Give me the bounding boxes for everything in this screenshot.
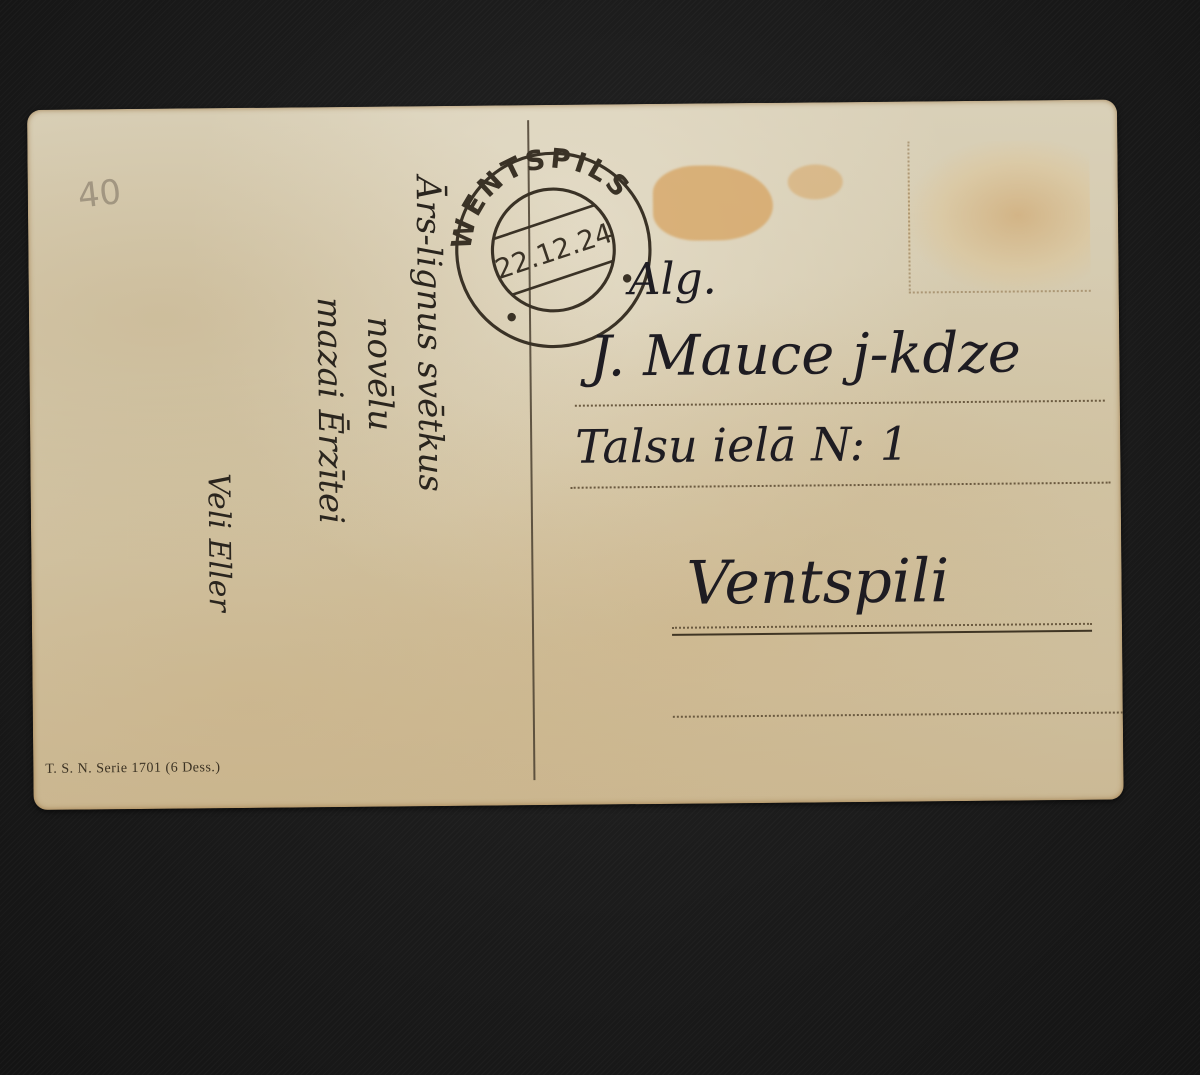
stain <box>788 164 843 200</box>
stain <box>653 165 774 241</box>
stamp-area <box>907 140 1090 294</box>
signature: Veli Eller <box>200 473 236 612</box>
city-underline <box>672 630 1092 636</box>
address-street: Talsu ielā N: 1 <box>575 417 909 474</box>
address-dotted-line <box>571 482 1111 489</box>
address-salutation: Alg. <box>628 253 716 305</box>
address-dotted-line <box>672 623 1092 629</box>
pencil-mark: 40 <box>76 172 124 217</box>
message-line-3: mazai Ērzītei <box>309 297 351 524</box>
address-city: Ventspili <box>686 546 950 619</box>
postcard: 40 WENTSPILS 22.12.24 Ārs-lignus svētkus… <box>27 100 1124 810</box>
address-dotted-line <box>673 712 1123 718</box>
address-dotted-line <box>575 400 1105 407</box>
message-line-1: Ārs-lignus svētkus <box>408 176 451 492</box>
publisher-imprint: T. S. N. Serie 1701 (6 Dess.) <box>45 760 220 778</box>
svg-text:22.12.24: 22.12.24 <box>491 218 616 286</box>
address-recipient: J. Mauce j-kdze <box>589 320 1021 389</box>
message-line-2: novēlu <box>359 316 400 431</box>
